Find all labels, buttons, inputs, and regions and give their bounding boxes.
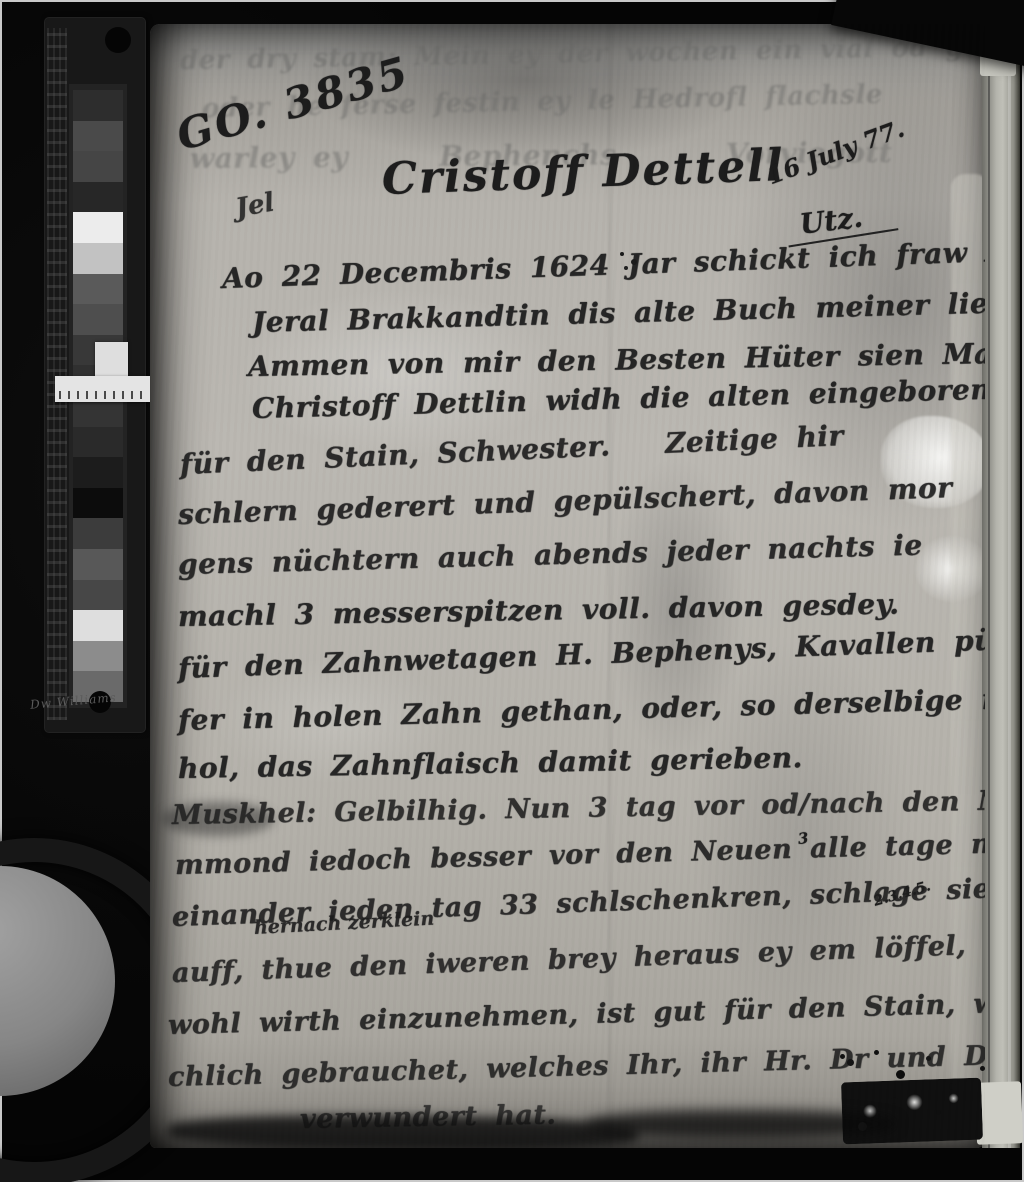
registration-dot-top [105, 27, 131, 53]
signature: Utz. [798, 200, 865, 240]
calibration-numbers-texture [47, 28, 67, 720]
calibration-strip: Dw Williams [45, 18, 145, 732]
damage-patch-bottom-right [841, 1078, 983, 1145]
ink-dots-under-heading [620, 252, 624, 256]
body-line-5: für den Stain, Schwester. Zeitige hir [179, 419, 844, 481]
body-line-1: Ao 22 Decembris 1624 Jar schickt ich fra… [221, 230, 985, 295]
gray-patch-15 [73, 518, 123, 549]
body-line-8: machl 3 messerspitzen voll. davon gesdey… [178, 587, 900, 633]
body-line-12: Muskhel: Gelbilhig. Nun 3 tag vor od/nac… [172, 785, 985, 831]
gray-patch-4 [73, 182, 123, 213]
body-line-6: schlern gederert und gepülschert, davon … [177, 471, 952, 531]
body-line-13: mmond iedoch besser vor den Neuen alle t… [175, 827, 985, 881]
gray-patch-12 [73, 427, 123, 458]
gray-patch-13 [73, 457, 123, 488]
superscript-dose: 3 [797, 829, 809, 848]
gray-patch-16 [73, 549, 123, 580]
scan-canvas: Dw Williams der dry stam: Mein ey der wo… [0, 0, 1024, 1182]
gray-patch-17 [73, 580, 123, 611]
body-line-9: für den Zahnwetagen H. Bephenys, Kavalle… [177, 623, 985, 685]
ink-speckles [840, 1054, 845, 1059]
gray-patch-7 [73, 274, 123, 305]
gray-patch-8 [73, 304, 123, 335]
bottom-stain-right [586, 1110, 896, 1138]
gray-patch-19 [73, 641, 123, 672]
body-line-16: wohl wirth einzunehmen, ist gut für den … [168, 988, 985, 1041]
gray-patch-6 [73, 243, 123, 274]
body-line-11: hol, das Zahnflaisch damit gerieben. [178, 741, 803, 785]
body-line-2: Jeral Brakkandtin dis alte Buch meiner l… [252, 285, 985, 339]
body-line-15: auff, thue den iweren brey heraus ey em … [171, 930, 966, 989]
ink-smudge [162, 802, 274, 836]
gray-patch-2 [73, 121, 123, 152]
body-line-7: gens nüchtern auch abends jeder nachts i… [178, 529, 923, 581]
manuscript-page: der dry stam: Mein ey der wochen ein via… [150, 24, 985, 1148]
book-fore-edge [982, 26, 1020, 1148]
gray-patch-14 [73, 488, 123, 519]
gray-patch-5 [73, 212, 123, 243]
white-marker-tab-ruler [55, 376, 150, 402]
gray-patch-18 [73, 610, 123, 641]
body-line-10: fer in holen Zahn gethan, oder, so derse… [178, 682, 985, 737]
gray-patch-1 [73, 90, 123, 121]
gray-patch-3 [73, 151, 123, 182]
